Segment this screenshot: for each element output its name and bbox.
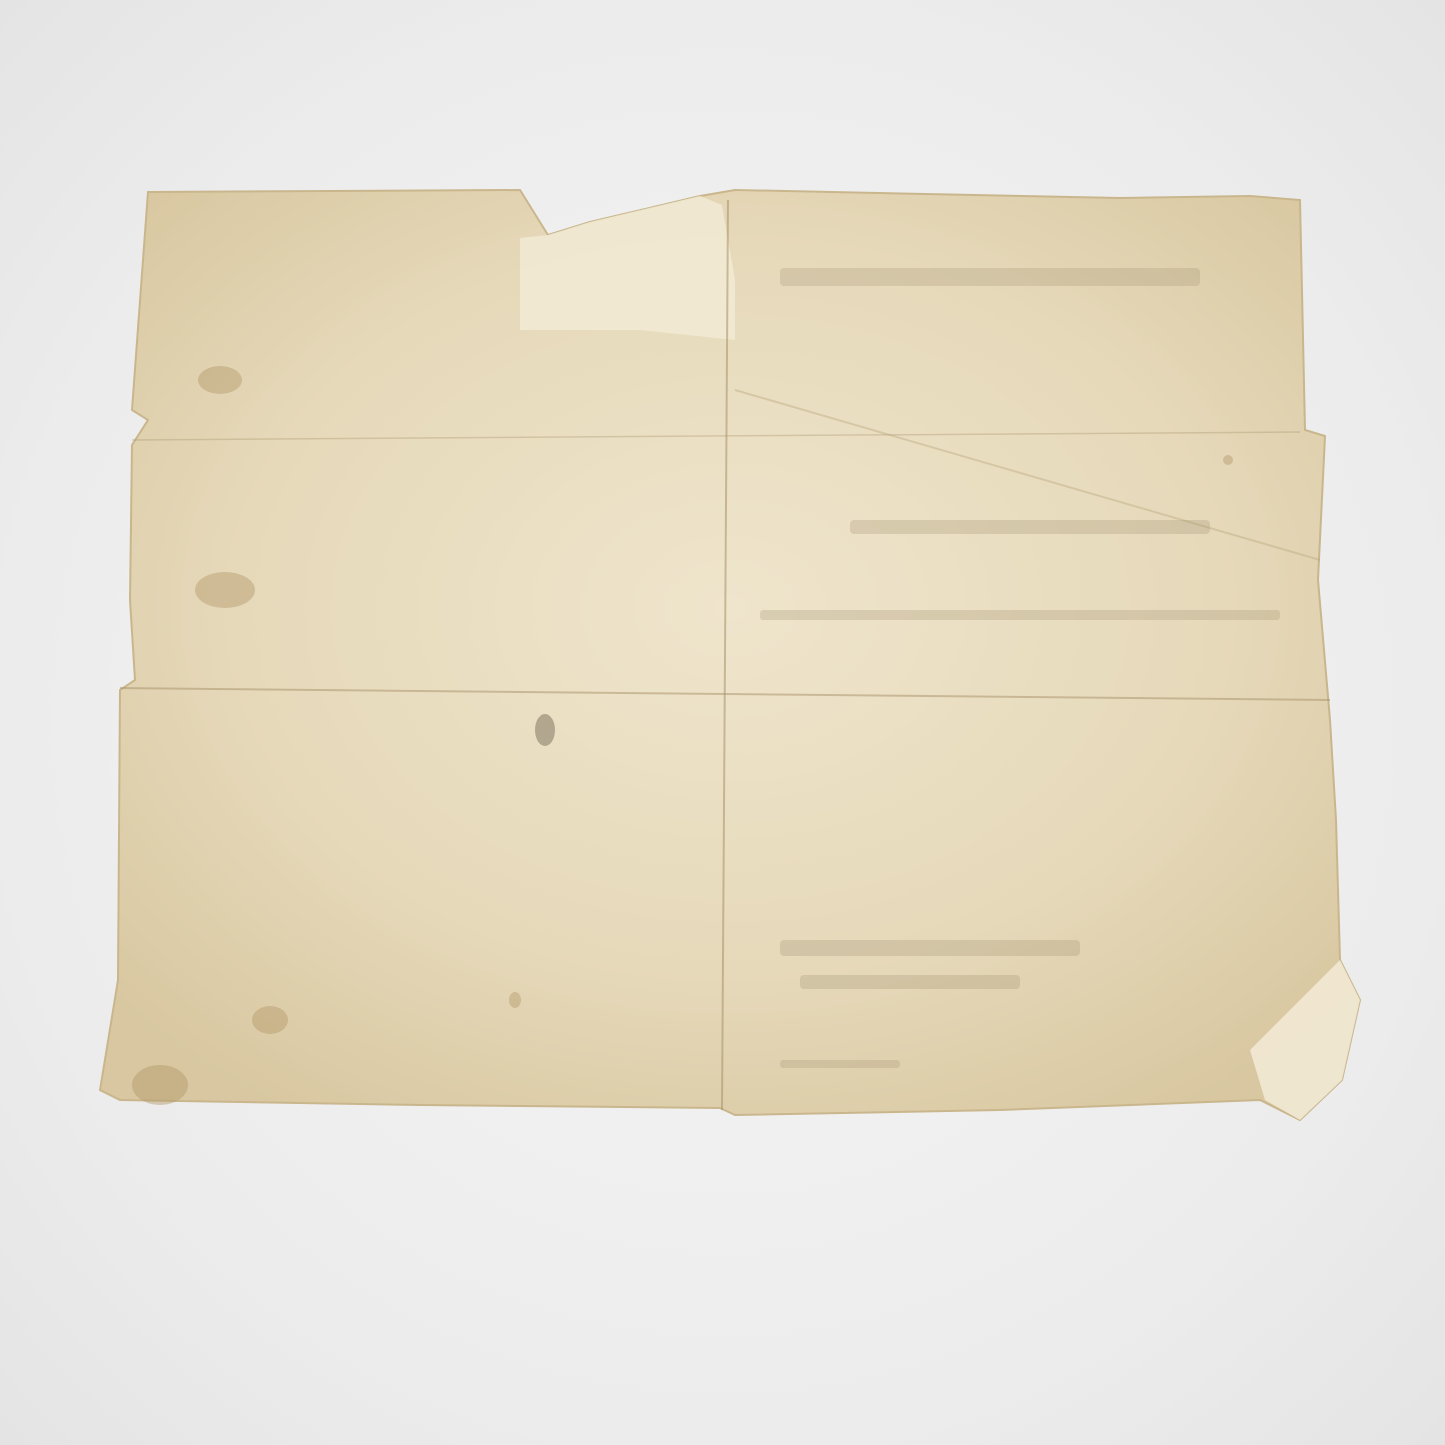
- torn-flap: [520, 196, 735, 340]
- aged-paper-document: [0, 0, 1445, 1445]
